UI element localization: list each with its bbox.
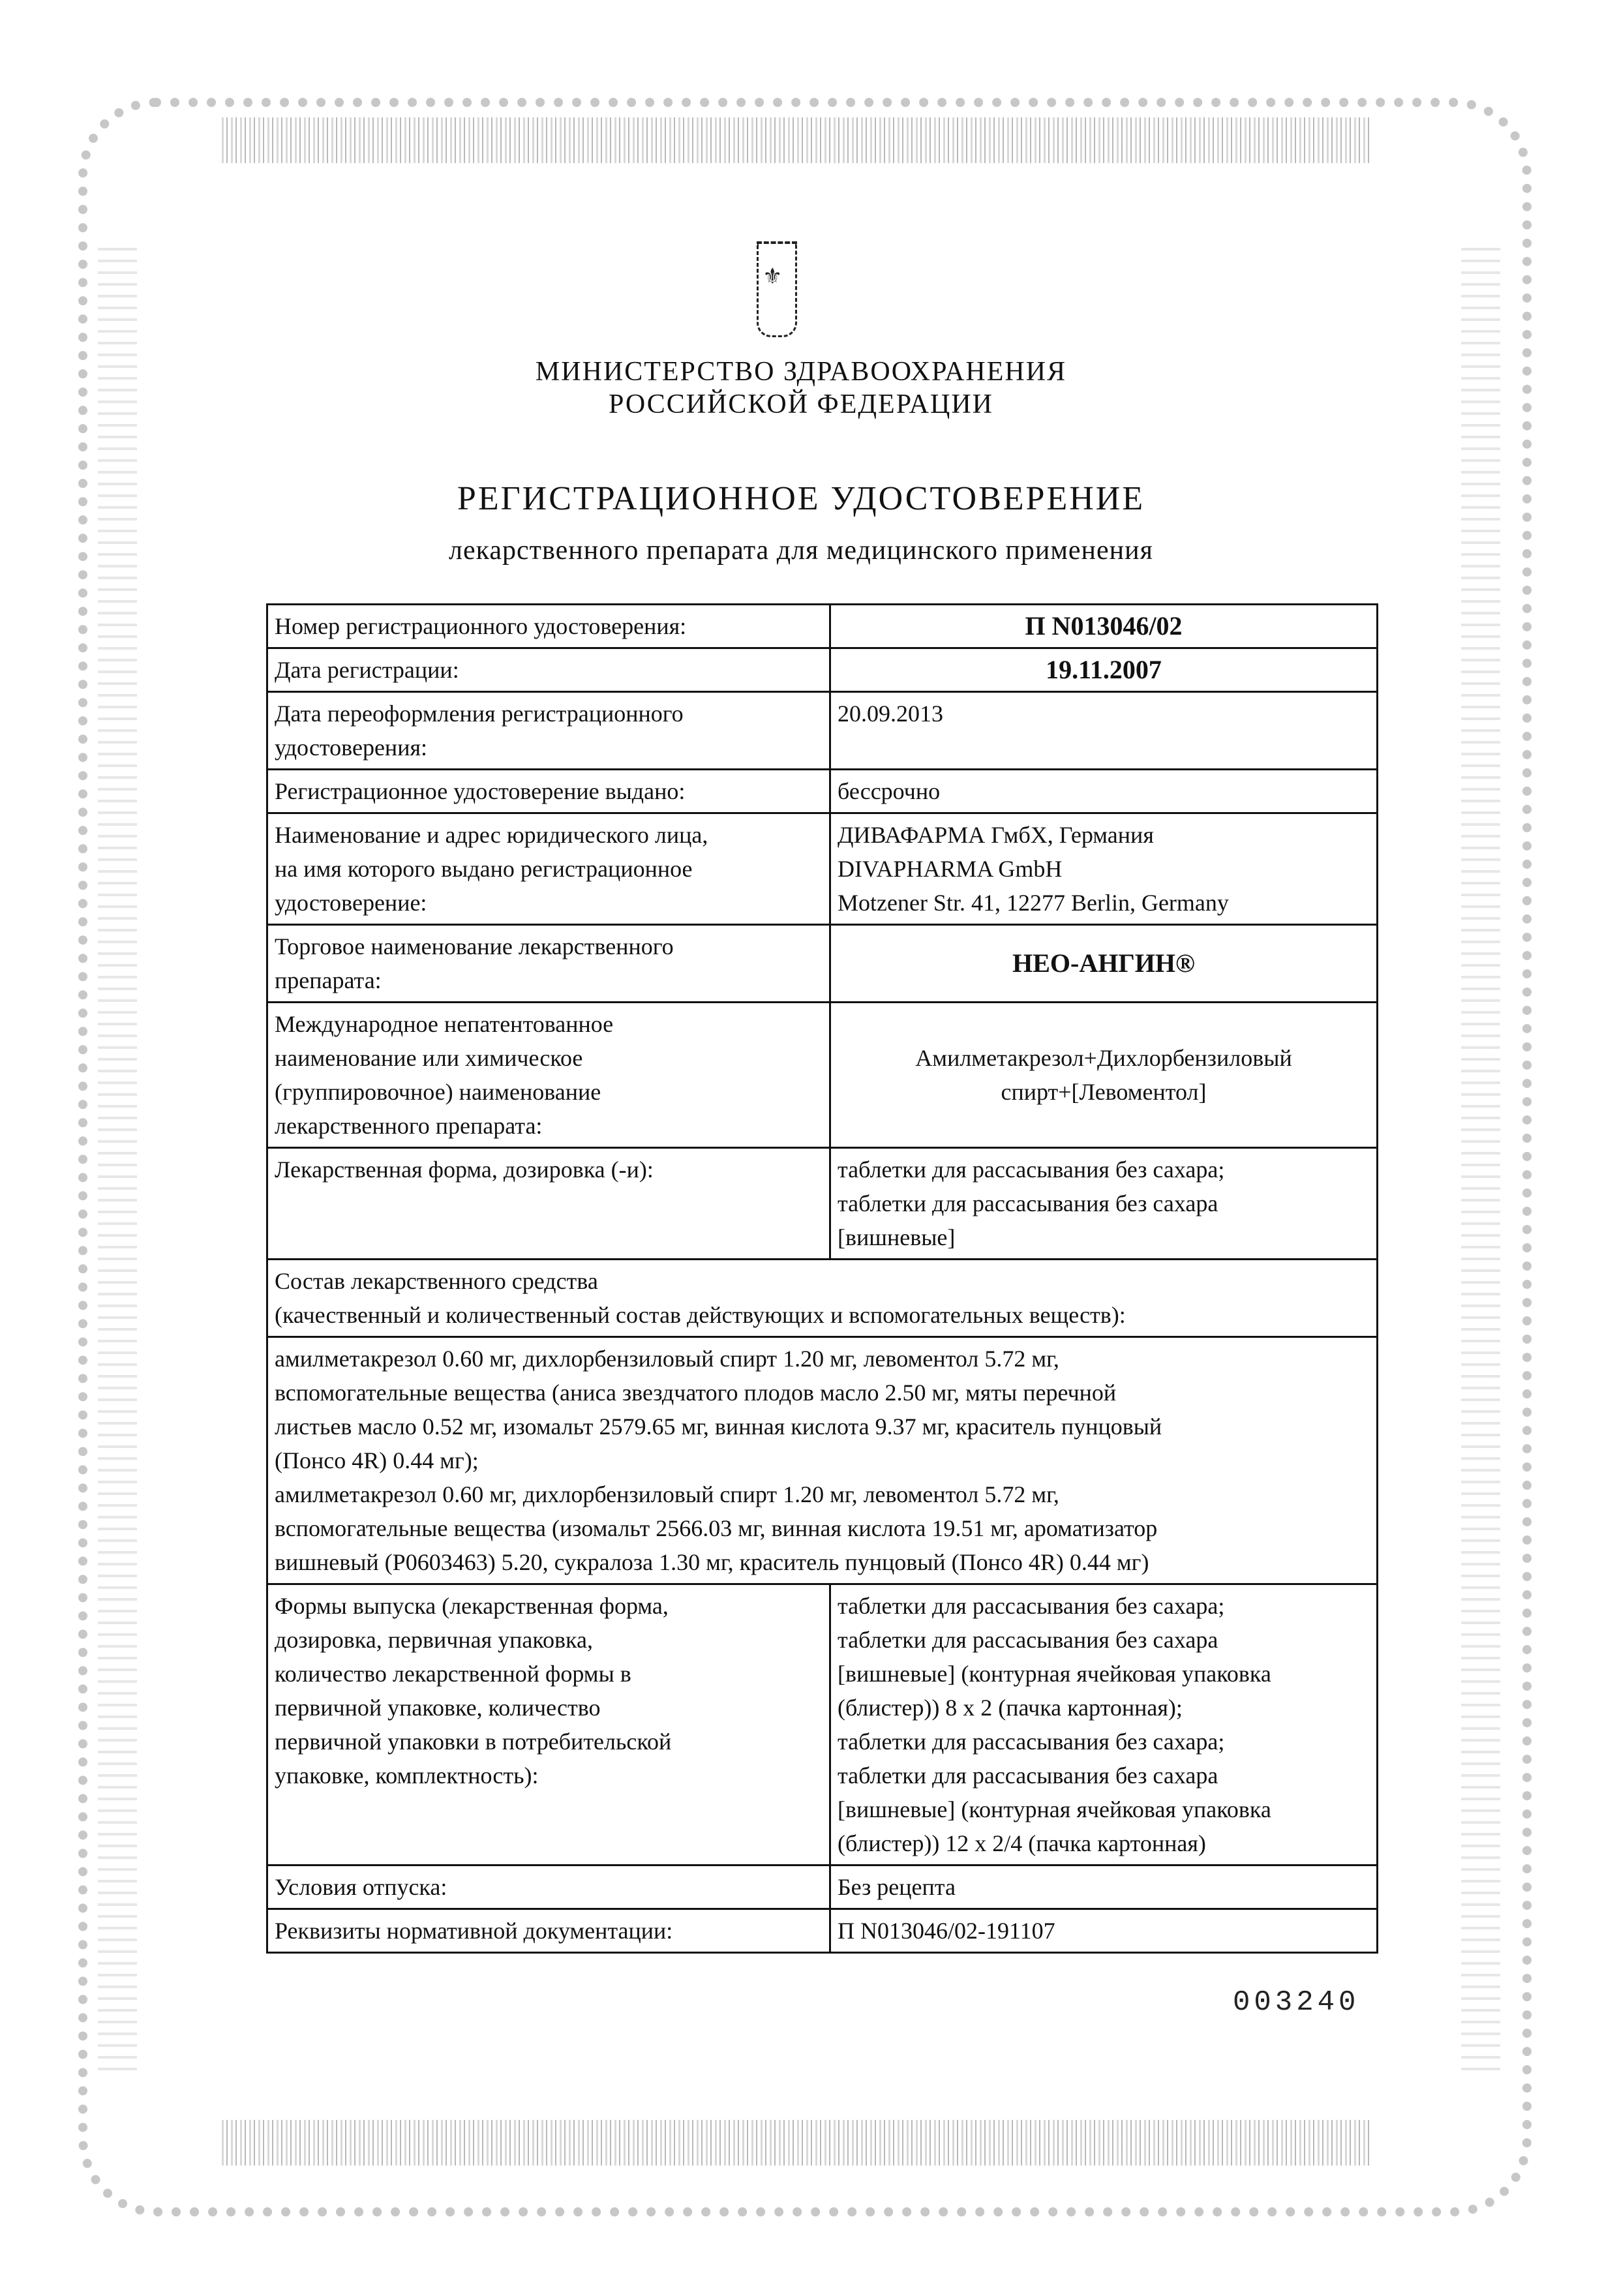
trade-name-label: Торговое наименование лекарственного пре… [267,925,830,1003]
table-row-holder: Наименование и адрес юридического лица, … [267,813,1378,925]
composition-text: амилметакрезол 0.60 мг, дихлорбензиловый… [267,1337,1378,1584]
ministry-line-2: РОССИЙСКОЙ ФЕДЕРАЦИИ [0,388,1602,421]
decorative-band-bottom [222,2120,1370,2166]
reg-number-value: П N013046/02 [830,605,1378,648]
holder-value: ДИВАФАРМА ГмбХ, Германия DIVAPHARMA GmbH… [830,813,1378,925]
dispensing-value: Без рецепта [830,1865,1378,1909]
normative-docs-value: П N013046/02-191107 [830,1909,1378,1953]
table-row-reg-number: Номер регистрационного удостоверения: П … [267,605,1378,648]
ministry-name: МИНИСТЕРСТВО ЗДРАВООХРАНЕНИЯ РОССИЙСКОЙ … [0,355,1602,421]
table-row-release-forms: Формы выпуска (лекарственная форма, дози… [267,1584,1378,1865]
table-row-reg-date: Дата регистрации: 19.11.2007 [267,648,1378,692]
dosage-form-value: таблетки для рассасывания без сахара; та… [830,1148,1378,1260]
release-forms-value: таблетки для рассасывания без сахара; та… [830,1584,1378,1865]
serial-number: 003240 [1233,1986,1359,2019]
reissue-date-label: Дата переоформления регистрационного удо… [267,692,830,770]
reissue-date-value: 20.09.2013 [830,692,1378,770]
holder-label: Наименование и адрес юридического лица, … [267,813,830,925]
dosage-form-label: Лекарственная форма, дозировка (-и): [267,1148,830,1260]
reg-date-value: 19.11.2007 [830,648,1378,692]
table-row-composition-text: амилметакрезол 0.60 мг, дихлорбензиловый… [267,1337,1378,1584]
decorative-side-right [1461,248,1500,2074]
trade-name-value: НЕО-АНГИН® [830,925,1378,1003]
table-row-inn: Международное непатентованное наименован… [267,1003,1378,1148]
table-row-normative-docs: Реквизиты нормативной документации: П N0… [267,1909,1378,1953]
reg-number-label: Номер регистрационного удостоверения: [267,605,830,648]
registration-table: Номер регистрационного удостоверения: П … [266,603,1378,1954]
coat-of-arms-icon: ⚜ [757,241,797,337]
issued-for-label: Регистрационное удостоверение выдано: [267,770,830,813]
decorative-band-top [222,117,1370,163]
inn-value: Амилметакрезол+Дихлорбензиловый спирт+[Л… [830,1003,1378,1148]
table-row-dosage-form: Лекарственная форма, дозировка (-и): таб… [267,1148,1378,1260]
decorative-side-left [98,248,137,2074]
table-row-trade-name: Торговое наименование лекарственного пре… [267,925,1378,1003]
eagle-icon: ⚜ [763,264,782,290]
table-row-composition-heading: Состав лекарственного средства (качестве… [267,1260,1378,1337]
dispensing-label: Условия отпуска: [267,1865,830,1909]
issued-for-value: бессрочно [830,770,1378,813]
inn-label: Международное непатентованное наименован… [267,1003,830,1148]
document-title: РЕГИСТРАЦИОННОЕ УДОСТОВЕРЕНИЕ [0,479,1602,518]
ministry-line-1: МИНИСТЕРСТВО ЗДРАВООХРАНЕНИЯ [0,355,1602,388]
release-forms-label: Формы выпуска (лекарственная форма, дози… [267,1584,830,1865]
document-subtitle: лекарственного препарата для медицинског… [0,535,1602,566]
table-row-dispensing: Условия отпуска: Без рецепта [267,1865,1378,1909]
table-row-reissue-date: Дата переоформления регистрационного удо… [267,692,1378,770]
reg-date-label: Дата регистрации: [267,648,830,692]
normative-docs-label: Реквизиты нормативной документации: [267,1909,830,1953]
table-row-issued-for: Регистрационное удостоверение выдано: бе… [267,770,1378,813]
composition-heading: Состав лекарственного средства (качестве… [267,1260,1378,1337]
